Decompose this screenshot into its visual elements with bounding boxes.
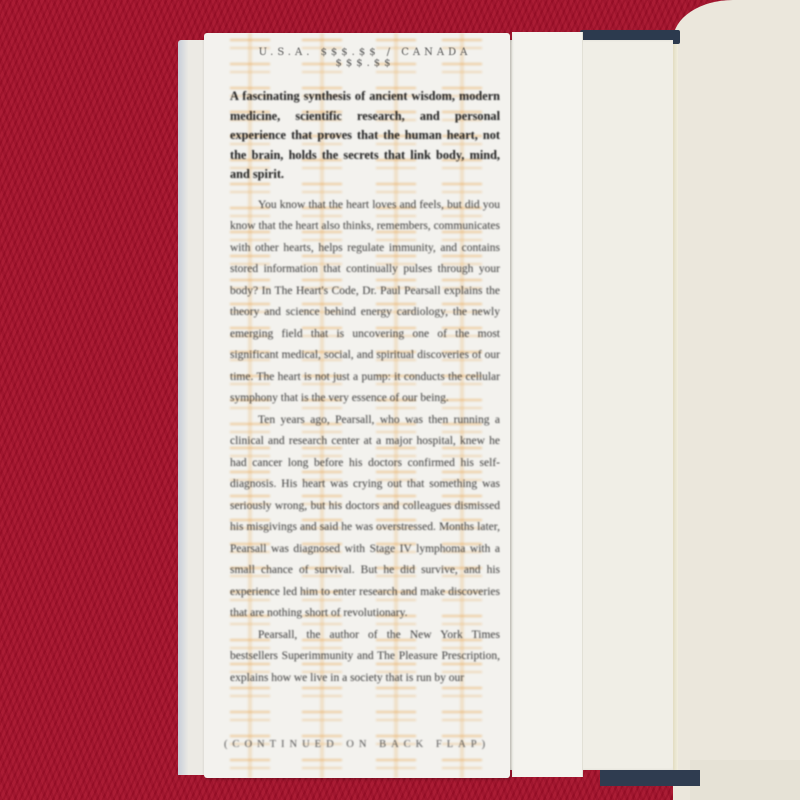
continued-note: (CONTINUED ON BACK FLAP): [204, 739, 510, 750]
body-paragraph: Pearsall, the author of the New York Tim…: [230, 625, 500, 690]
price-line: U.S.A. $$$.$$ / CANADA $$$.$$: [230, 47, 500, 69]
body-paragraph: You know that the heart loves and feels,…: [230, 195, 500, 410]
endpaper-page: [673, 0, 800, 800]
endpaper-bottom: [690, 760, 800, 800]
lead-blurb: A fascinating synthesis of ancient wisdo…: [230, 87, 500, 185]
book-board-bottom-edge: [600, 770, 700, 786]
flap-text: U.S.A. $$$.$$ / CANADA $$$.$$ A fascinat…: [230, 47, 500, 689]
dust-jacket-flap: U.S.A. $$$.$$ / CANADA $$$.$$ A fascinat…: [204, 33, 510, 778]
jacket-fold-strip: [512, 32, 583, 777]
photo-scene: U.S.A. $$$.$$ / CANADA $$$.$$ A fascinat…: [0, 0, 800, 800]
body-paragraph: Ten years ago, Pearsall, who was then ru…: [230, 410, 500, 625]
